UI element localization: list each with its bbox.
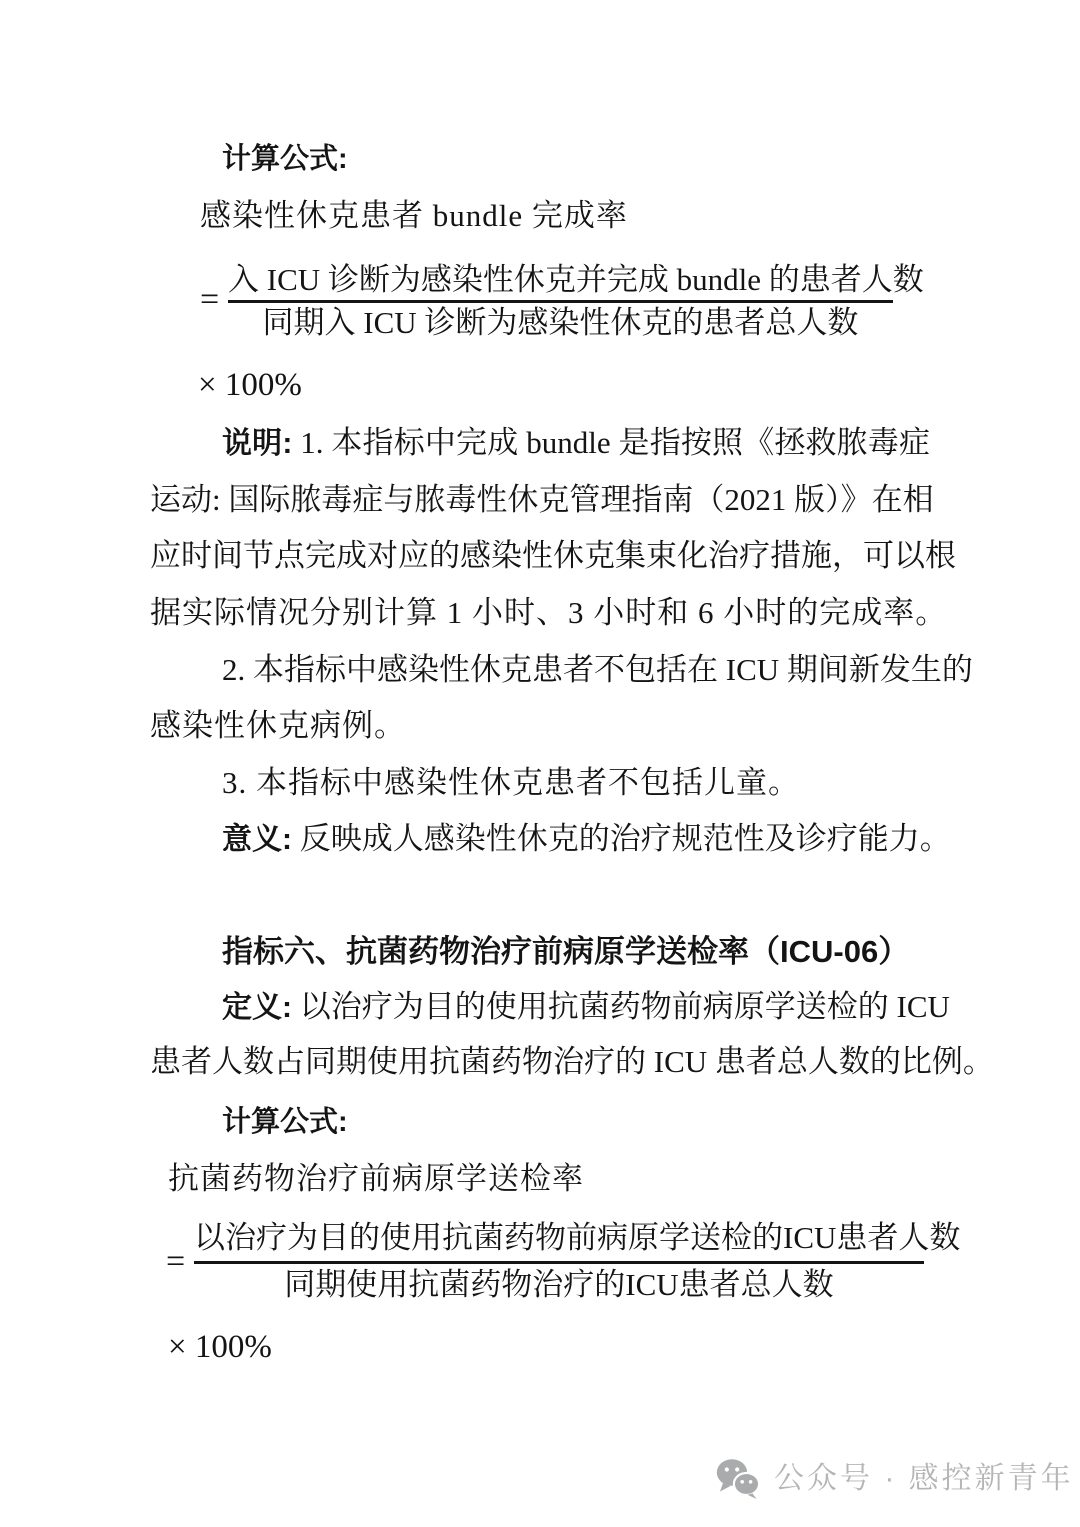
notes-line-2: 运动: 国际脓毒症与脓毒性休克管理指南（2021 版）》在相	[150, 480, 930, 520]
calc-formula-label-1: 计算公式:	[222, 139, 348, 179]
notes-line-3: 应时间节点完成对应的感染性休克集束化治疗措施，可以根	[150, 536, 930, 576]
watermark-text: 公众号 · 感控新青年	[774, 1459, 1074, 1499]
fraction-numerator-1: 入 ICU 诊断为感染性休克并完成 bundle 的患者人数	[228, 260, 893, 300]
notes-label: 说明:	[222, 427, 292, 460]
calc-formula-label-2: 计算公式:	[222, 1102, 348, 1142]
rate-title-1: 感染性休克患者 bundle 完成率	[200, 196, 628, 236]
definition-label: 定义:	[222, 991, 292, 1024]
definition-line-1-text: 以治疗为目的使用抗菌药物前病原学送检的 ICU	[300, 989, 950, 1024]
definition-line-1: 定义: 以治疗为目的使用抗菌药物前病原学送检的 ICU	[222, 987, 930, 1027]
note-2-line-1: 2. 本指标中感染性休克患者不包括在 ICU 期间新发生的	[222, 650, 930, 690]
fraction-denominator-2: 同期使用抗菌药物治疗的ICU患者总人数	[194, 1265, 924, 1305]
equals-sign-1: =	[200, 280, 219, 320]
fraction-bar-2	[194, 1261, 924, 1264]
fraction-denominator-1: 同期入 ICU 诊断为感染性休克的患者总人数	[228, 303, 893, 343]
notes-line-1: 说明: 1. 本指标中完成 bundle 是指按照《拯救脓毒症	[222, 423, 930, 463]
equals-sign-2: =	[166, 1242, 185, 1282]
definition-line-2: 患者人数占同期使用抗菌药物治疗的 ICU 患者总人数的比例。	[150, 1042, 930, 1082]
meaning-line: 意义: 反映成人感染性休克的治疗规范性及诊疗能力。	[222, 819, 930, 859]
notes-line-1-text: 1. 本指标中完成 bundle 是指按照《拯救脓毒症	[300, 425, 930, 460]
meaning-label: 意义:	[222, 823, 292, 856]
note-2-line-2: 感染性休克病例。	[150, 706, 406, 746]
watermark-footer: 公众号 · 感控新青年	[716, 1458, 1074, 1500]
times-100-1: × 100%	[198, 365, 302, 405]
indicator-6-heading: 指标六、抗菌药物治疗前病原学送检率（ICU-06）	[222, 932, 909, 972]
fraction-numerator-2: 以治疗为目的使用抗菌药物前病原学送检的ICU患者人数	[194, 1218, 924, 1258]
note-3: 3. 本指标中感染性休克患者不包括儿童。	[222, 763, 800, 803]
rate-title-2: 抗菌药物治疗前病原学送检率	[168, 1159, 584, 1199]
wechat-icon	[716, 1458, 760, 1500]
times-100-2: × 100%	[168, 1327, 272, 1367]
notes-line-4: 据实际情况分别计算 1 小时、3 小时和 6 小时的完成率。	[150, 593, 947, 633]
meaning-text: 反映成人感染性休克的治疗规范性及诊疗能力。	[300, 821, 951, 856]
document-page: 计算公式: 感染性休克患者 bundle 完成率 = 入 ICU 诊断为感染性休…	[0, 0, 1080, 1527]
